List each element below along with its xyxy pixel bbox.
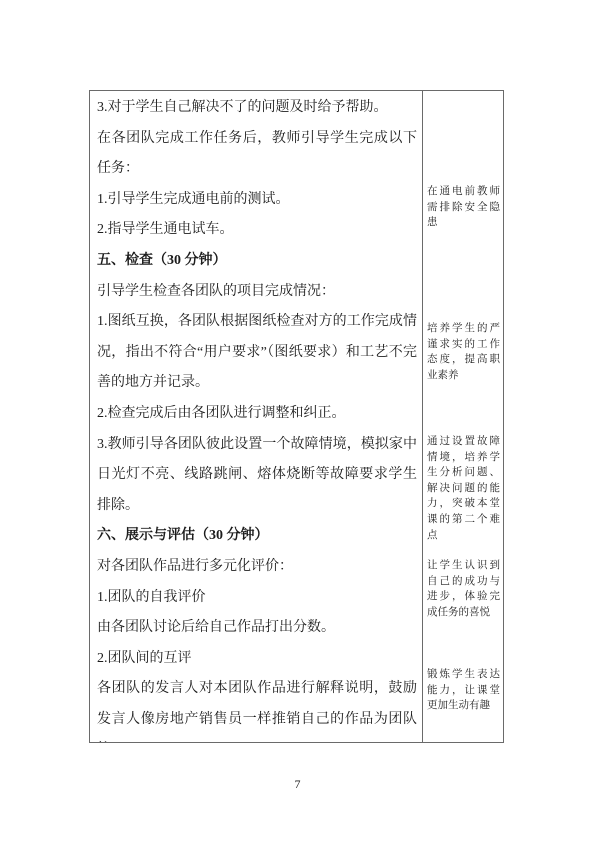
paragraph: 1.团队的自我评价: [97, 583, 417, 614]
paragraph: 由各团队讨论后给自己作品打出分数。: [97, 613, 417, 644]
paragraph: 对各团队作品进行多元化评价：: [97, 552, 417, 583]
paragraph: 1.图纸互换，各团队根据图纸检查对方的工作完成情况，指出不符合“用户要求”（图纸…: [97, 307, 417, 399]
paragraph: 引导学生检查各团队的项目完成情况：: [97, 277, 417, 308]
paragraph: 2.检查完成后由各团队进行调整和纠正。: [97, 399, 417, 430]
paragraph: 在各团队完成工作任务后，教师引导学生完成以下任务：: [97, 124, 417, 185]
page-number: 7: [0, 777, 595, 792]
paragraph: 3.教师引导各团队彼此设置一个故障情境，模拟家中日光灯不亮、线路跳闸、熔体烧断等…: [97, 430, 417, 522]
teaching-process-cell: 3.对于学生自己解决不了的问题及时给予帮助。在各团队完成工作任务后，教师引导学生…: [90, 91, 423, 742]
margin-note: 在通电前教师需排除安全隐患: [427, 184, 500, 231]
paragraph: 2.指导学生通电试车。: [97, 215, 417, 246]
paragraph: 各团队的发言人对本团队作品进行解释说明，鼓励发言人像房地产销售员一样推销自己的作…: [97, 674, 417, 742]
margin-note: 锻炼学生表达能力，让课堂更加生动有趣: [427, 667, 500, 714]
section-heading: 六、展示与评估（30 分钟）: [97, 521, 417, 552]
paragraph: 3.对于学生自己解决不了的问题及时给予帮助。: [97, 93, 417, 124]
document-page: { "page": { "number": "7", "background_c…: [0, 0, 595, 842]
lesson-plan-table: 3.对于学生自己解决不了的问题及时给予帮助。在各团队完成工作任务后，教师引导学生…: [89, 90, 504, 743]
paragraph: 1.引导学生完成通电前的测试。: [97, 185, 417, 216]
margin-note: 让学生认识到自己的成功与进步，体验完成任务的喜悦: [427, 558, 500, 620]
margin-note: 培养学生的严谨求实的工作态度，提高职业素养: [427, 321, 500, 383]
design-intent-cell: 在通电前教师需排除安全隐患培养学生的严谨求实的工作态度，提高职业素养通过设置故障…: [423, 91, 503, 742]
paragraph: 2.团队间的互评: [97, 644, 417, 675]
margin-note: 通过设置故障情境，培养学生分析问题、解决问题的能力，突破本堂课的第二个难点: [427, 434, 500, 543]
section-heading: 五、检查（30 分钟）: [97, 246, 417, 277]
